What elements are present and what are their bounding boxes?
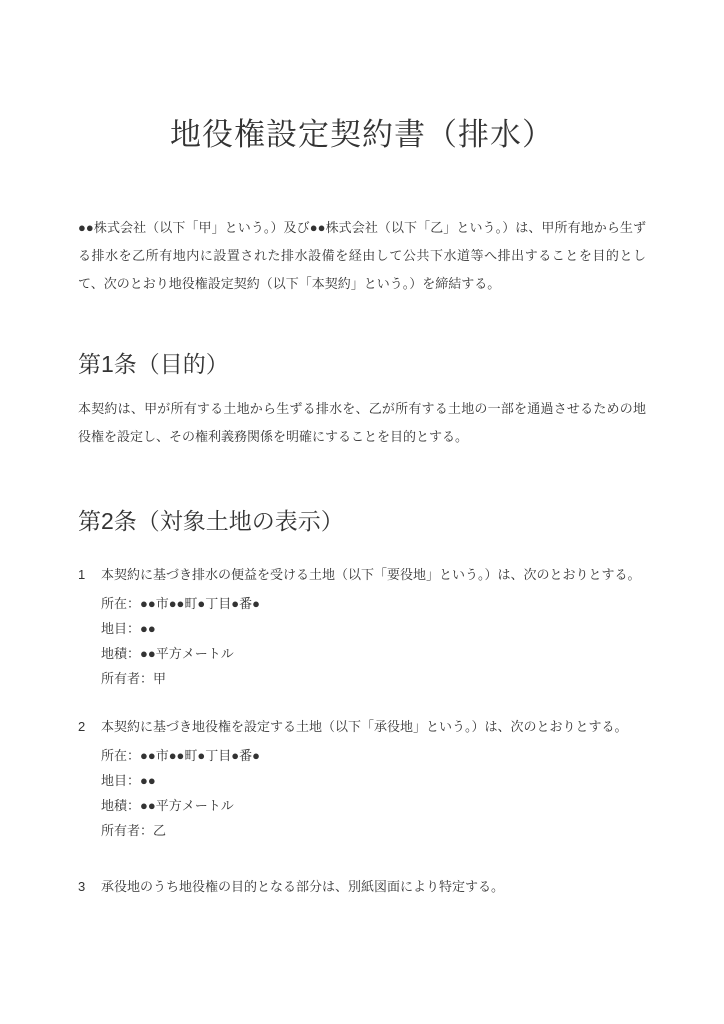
item-text: 本契約に基づき地役権を設定する土地（以下「承役地」という。）は、次のとおりとする… [101,713,646,741]
item-text: 本契約に基づき排水の便益を受ける土地（以下「要役地」という。）は、次のとおりとす… [101,561,646,589]
preamble-paragraph: ●●株式会社（以下「甲」という。）及び●●株式会社（以下「乙」という。）は、甲所… [78,214,646,298]
item-number: 3 [78,873,101,901]
document-title: 地役権設定契約書（排水） [78,0,646,158]
detail-line-owner: 所有者：甲 [101,666,646,691]
detail-line-category: 地目：●● [101,616,646,641]
contract-item-2: 2 本契約に基づき地役権を設定する土地（以下「承役地」という。）は、次のとおりと… [78,713,646,741]
detail-line-area: 地積：●●平方メートル [101,641,646,666]
article-1-body: 本契約は、甲が所有する土地から生ずる排水を、乙が所有する土地の一部を通過させるた… [78,395,646,451]
item-text: 承役地のうち地役権の目的となる部分は、別紙図面により特定する。 [101,873,646,901]
detail-line-location: 所在：●●市●●町●丁目●番● [101,743,646,768]
article-1-heading: 第1条（目的） [78,348,646,380]
contract-item-1: 1 本契約に基づき排水の便益を受ける土地（以下「要役地」という。）は、次のとおり… [78,561,646,589]
detail-line-area: 地積：●●平方メートル [101,793,646,818]
land-details-2: 所在：●●市●●町●丁目●番● 地目：●● 地積：●●平方メートル 所有者：乙 [101,743,646,843]
article-2-heading: 第2条（対象土地の表示） [78,505,646,537]
land-details-1: 所在：●●市●●町●丁目●番● 地目：●● 地積：●●平方メートル 所有者：甲 [101,591,646,691]
document-page: 地役権設定契約書（排水） ●●株式会社（以下「甲」という。）及び●●株式会社（以… [0,0,724,1024]
detail-line-owner: 所有者：乙 [101,818,646,843]
detail-line-category: 地目：●● [101,768,646,793]
item-number: 2 [78,713,101,741]
item-number: 1 [78,561,101,589]
detail-line-location: 所在：●●市●●町●丁目●番● [101,591,646,616]
contract-item-3: 3 承役地のうち地役権の目的となる部分は、別紙図面により特定する。 [78,873,646,901]
